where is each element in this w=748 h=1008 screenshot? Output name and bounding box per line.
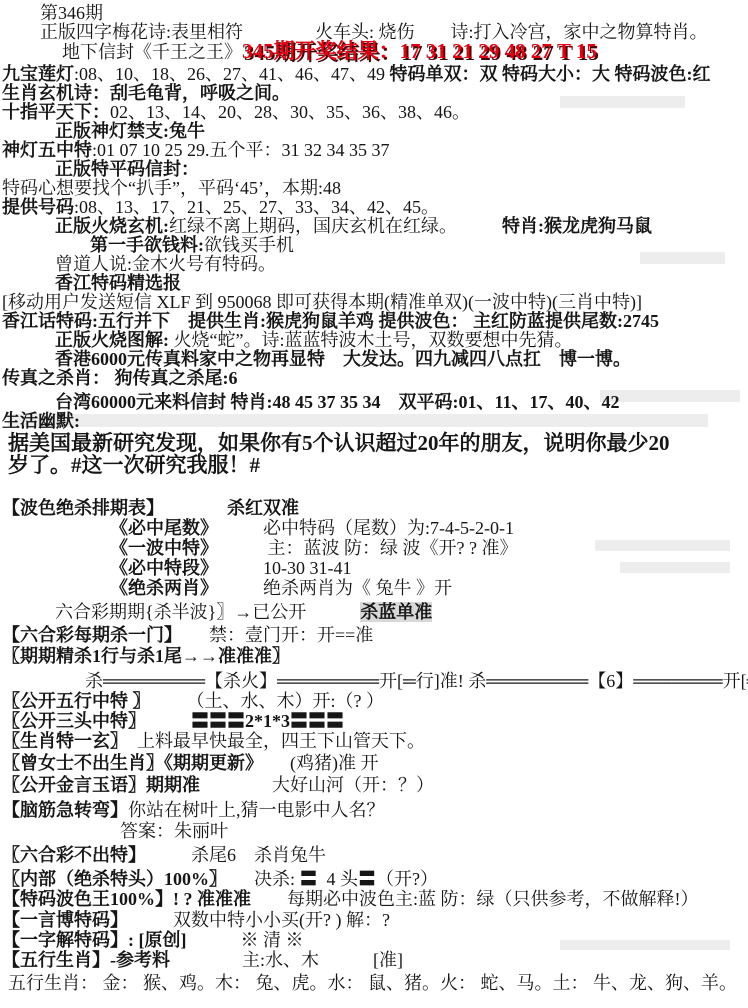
text-line: 第一手欲钱料:欲钱买手机 (90, 236, 748, 255)
document-body: 第346期正版四字梅花诗:表里相符 火车头: 烧伤 诗:打入冷宫，家中之物算特肖… (0, 0, 748, 993)
text-line: 九宝莲灯:08、10、18、26、27、41、46、47、49 特码单双：双 特… (2, 65, 748, 84)
text-line: 杀════════【杀火】════════开[═行]准! 杀════════【6… (85, 672, 748, 691)
text-segment: 《一波中特》 (110, 538, 209, 558)
text-segment: 《绝杀两肖》 (110, 578, 209, 598)
text-segment: 正版特平码信封： (55, 159, 199, 179)
text-line: 〖公开金言玉语〗期期准 大好山河（开：？） (2, 776, 748, 795)
text-segment: 杀红双准 (227, 498, 299, 518)
text-line: 台湾60000元来料信封 特肖:48 45 37 35 34 双平码:01、11… (55, 393, 748, 412)
text-line: 《一波中特》 主：蓝波 防：绿 波《开? ? 准》 (110, 539, 748, 558)
text-line: 提供号码:08、13、17、21、25、27、33、34、42、45。 (2, 198, 748, 217)
text-line: 【六合彩每期杀一门】 禁：壹门开：开==准 (2, 626, 748, 645)
issue-number: 第346期 (40, 3, 103, 23)
text-segment: 香港6000元传真料家中之物再显特 大发达。四九减四八点扛 博一博。 (55, 349, 631, 369)
text-segment: 主：蓝波 防：绿 波《开? ? 准》 (209, 538, 517, 558)
text-segment: 主:水、木 (170, 950, 319, 970)
text-line: 《必中特段》 10-30 31-41 (110, 559, 748, 578)
text-line: 【脑筋急转弯】你站在树叶上,猜一电影中人名？ (2, 801, 748, 820)
text-segment: 生活幽默: (2, 411, 80, 431)
text-segment: 正版神灯禁支:兔牛 (55, 121, 205, 141)
text-line: 十指平天下：02、13、14、20、28、30、35、36、38、46。 (2, 103, 748, 122)
text-segment: [移动用户发送短信 XLF 到 950068 即可获得本期(精准单双)(一波中特… (2, 292, 642, 312)
text-segment: 火烧“蛇”。诗:蓝蓝特波木土号，双数要想中先猜。 (169, 330, 572, 350)
text-line: 香江特码精选报 (55, 274, 748, 293)
text-segment: 神灯五中特 (2, 140, 92, 160)
text-segment: 九宝莲灯 (2, 64, 74, 84)
text-segment: 香江特码精选报 (55, 273, 181, 293)
text-segment: 你站在树叶上,猜一电影中人名？ (128, 800, 385, 820)
text-segment: 传真之杀肖： 狗传真之杀尾:6 (2, 368, 238, 388)
text-segment: 〖期期精杀1行与杀1尾→→准准准〗 (2, 646, 290, 666)
text-segment: （土、水、木）开:（? ） (142, 691, 385, 711)
text-segment: 台湾60000元来料信封 特肖:48 45 37 35 34 双平码:01、11… (55, 392, 620, 412)
text-segment: 〖生肖特一玄〗 (2, 731, 119, 751)
text-segment: :08、10、18、26、27、41、46、47、49 (74, 64, 390, 84)
text-segment: 正版火烧玄机: (55, 216, 169, 236)
text-line: 曾道人说:金木火号有特码。 (55, 255, 748, 274)
text-line: 【波色绝杀排期表】 杀红双准 (2, 499, 748, 518)
text-segment: 《必中尾数》 (110, 518, 209, 538)
text-segment: 香江话特码:五行并下 提供生肖:猴虎狗鼠羊鸡 提供波色： 主红防蓝提供尾数:27… (2, 311, 659, 331)
text-segment: 〖内部（绝杀特头）100%〗 (2, 869, 218, 889)
text-segment: 据美国最新研究发现，如果你有5个认识超过20年的朋友，说明你最少20 (8, 431, 670, 455)
text-segment: 欲钱买手机 (204, 235, 294, 255)
text-segment: 杀尾6 杀肖兔牛 (137, 845, 326, 865)
text-line: [移动用户发送短信 XLF 到 950068 即可获得本期(精准单双)(一波中特… (2, 293, 748, 312)
text-line: 神灯五中特:01 07 10 25 29.五个平：31 32 34 35 37 (2, 141, 748, 160)
text-line: 正版火烧图解: 火烧“蛇”。诗:蓝蓝特波木土号，双数要想中先猜。 (55, 331, 748, 350)
text-segment: ※ 清 ※ (186, 930, 303, 950)
text-line: 【一言博特码】 双数中特小小买(开? ) 解：? (2, 911, 748, 930)
text-line: 地下信封《千王之王》345期开奖结果：17 31 21 29 48 27 T 1… (62, 42, 748, 62)
text-segment: 杀════════【杀火】════════开[═行]准! 杀════════【6… (85, 671, 748, 691)
text-segment: 特码单双：双 特码大小：大 特码波色:红 (390, 64, 711, 84)
text-line: 【特码波色王100%】! ? 准准准 每期必中波色主:蓝 防：绿（只供参考，不做… (2, 890, 748, 909)
text-segment: 【五行生肖】-参考料 (2, 950, 170, 970)
text-segment: 绝杀两肖为《 兔牛 》开 (209, 578, 452, 598)
text-line: 【一字解特码】: [原创] ※ 清 ※ (2, 931, 748, 950)
text-segment: 每期必中波色主:蓝 防：绿（只供参考，不做解释!） (251, 889, 699, 909)
text-segment: [准] (319, 950, 403, 970)
text-segment: 曾道人说:金木火号有特码。 (55, 254, 276, 274)
text-segment: 10-30 31-41 (209, 558, 352, 578)
text-segment: 双数中特小小买(开? ) 解：? (119, 910, 390, 930)
text-segment: 〖公开金言玉语〗期期准 (2, 775, 200, 795)
text-segment: 特肖:猴龙虎狗马鼠 (502, 216, 652, 236)
text-segment: 决杀: 〓 4 头〓（开?） (218, 869, 438, 889)
text-line: 第346期 (40, 4, 748, 23)
text-line: 岁了。#这一次研究我服！# (8, 455, 748, 476)
text-line: 五行生肖： 金： 猴、鸡。木： 兔、虎。水： 鼠、猪。火： 蛇、马。土： 牛、龙… (8, 974, 748, 993)
text-line: 据美国最新研究发现，如果你有5个认识超过20年的朋友，说明你最少20 (8, 433, 748, 454)
text-line: 〖曾女士不出生肖〗《期期更新》 (鸡猪)准 开 (2, 754, 748, 773)
text-segment: 〖曾女士不出生肖〗《期期更新》 (2, 753, 254, 773)
text-line: 香江话特码:五行并下 提供生肖:猴虎狗鼠羊鸡 提供波色： 主红防蓝提供尾数:27… (2, 312, 748, 331)
text-segment: 红绿不离上期码，国庆玄机在红绿。 (169, 216, 502, 236)
text-segment: 特码心想要找个“扒手”，平码‘45’，本期:48 (2, 178, 341, 198)
text-segment (137, 711, 191, 731)
text-segment: 六合彩期期{杀半波}〗→已公开 (55, 602, 360, 622)
text-segment: 【波色绝杀排期表】 (2, 498, 227, 518)
text-line: 生肖玄机诗：刮毛龟背，呼吸之间。 (2, 84, 748, 103)
text-segment: 提供号码 (2, 197, 74, 217)
text-segment: 杀蓝单准 (360, 602, 432, 622)
text-segment: 第一手欲钱料: (90, 235, 204, 255)
text-segment: 〖公开三头中特〗 (2, 711, 137, 731)
text-line: 《绝杀两肖》 绝杀两肖为《 兔牛 》开 (110, 579, 748, 598)
text-segment: 02、13、14、20、28、30、35、36、38、46。 (110, 102, 470, 122)
text-line: 正版特平码信封： (55, 160, 748, 179)
text-segment: 《必中特段》 (110, 558, 209, 578)
text-segment: 生肖玄机诗：刮毛龟背，呼吸之间。 (2, 83, 290, 103)
text-line: 传真之杀肖： 狗传真之杀尾:6 (2, 369, 748, 388)
text-line: 〖六合彩不出特】 杀尾6 杀肖兔牛 (2, 846, 748, 865)
previous-draw-results: 345期开奖结果：17 31 21 29 48 27 T 15 (242, 39, 597, 63)
text-segment: 十指平天下： (2, 102, 110, 122)
text-segment: :01 07 10 25 29.五个平：31 32 34 35 37 (92, 140, 390, 160)
text-line: 《必中尾数》 必中特码（尾数）为:7-4-5-2-0-1 (110, 519, 748, 538)
text-line: 〖期期精杀1行与杀1尾→→准准准〗 (2, 647, 748, 666)
text-segment: 上料最早快最全，四王下山管天下。 (119, 731, 425, 751)
text-line: 正版神灯禁支:兔牛 (55, 122, 748, 141)
text-segment: 大好山河（开：？） (200, 775, 434, 795)
text-line: 〖生肖特一玄〗 上料最早快最全，四王下山管天下。 (2, 732, 748, 751)
text-segment: 必中特码（尾数）为:7-4-5-2-0-1 (209, 518, 514, 538)
text-segment: 五行生肖： 金： 猴、鸡。木： 兔、虎。水： 鼠、猪。火： 蛇、马。土： 牛、龙… (8, 973, 737, 993)
text-line: 〖公开五行中特 〗 （土、水、木）开:（? ） (2, 692, 748, 711)
text-line: 六合彩期期{杀半波}〗→已公开 杀蓝单准 (55, 603, 748, 622)
text-line: 【五行生肖】-参考料 主:水、木 [准] (2, 951, 748, 970)
text-segment: 【一言博特码】 (2, 910, 119, 930)
text-segment: 禁：壹门开：开==准 (173, 625, 373, 645)
text-line: 正版火烧玄机:红绿不离上期码，国庆玄机在红绿。 特肖:猴龙虎狗马鼠 (55, 217, 748, 236)
text-line: 生活幽默: (2, 412, 748, 431)
text-segment: 【一字解特码】: [原创] (2, 930, 186, 950)
text-line: 〖公开三头中特〗 〓〓〓2*1*3〓〓〓 (2, 712, 748, 731)
text-segment: 【特码波色王100%】! ? 准准准 (2, 889, 251, 909)
text-segment: 〓〓〓2*1*3〓〓〓 (191, 711, 344, 731)
text-segment: 岁了。#这一次研究我服！# (8, 453, 260, 477)
text-segment: 【脑筋急转弯】 (2, 800, 128, 820)
text-line: 〖内部（绝杀特头）100%〗 决杀: 〓 4 头〓（开?） (2, 870, 748, 889)
text-segment: 〖六合彩不出特】 (2, 845, 137, 865)
text-line: 特码心想要找个“扒手”，平码‘45’，本期:48 (2, 179, 748, 198)
text-segment: 正版火烧图解: (55, 330, 169, 350)
text-line: 答案：朱丽叶 (120, 822, 748, 841)
text-segment: 【六合彩每期杀一门】 (2, 625, 173, 645)
text-segment: 地下信封《千王之王》 (62, 42, 242, 62)
text-line: 香港6000元传真料家中之物再显特 大发达。四九减四八点扛 博一博。 (55, 350, 748, 369)
text-segment: (鸡猪)准 开 (254, 753, 379, 773)
text-segment: 答案：朱丽叶 (120, 821, 228, 841)
text-segment: 〖公开五行中特 〗 (2, 691, 142, 711)
text-segment: :08、13、17、21、25、27、33、34、42、45。 (74, 197, 439, 217)
